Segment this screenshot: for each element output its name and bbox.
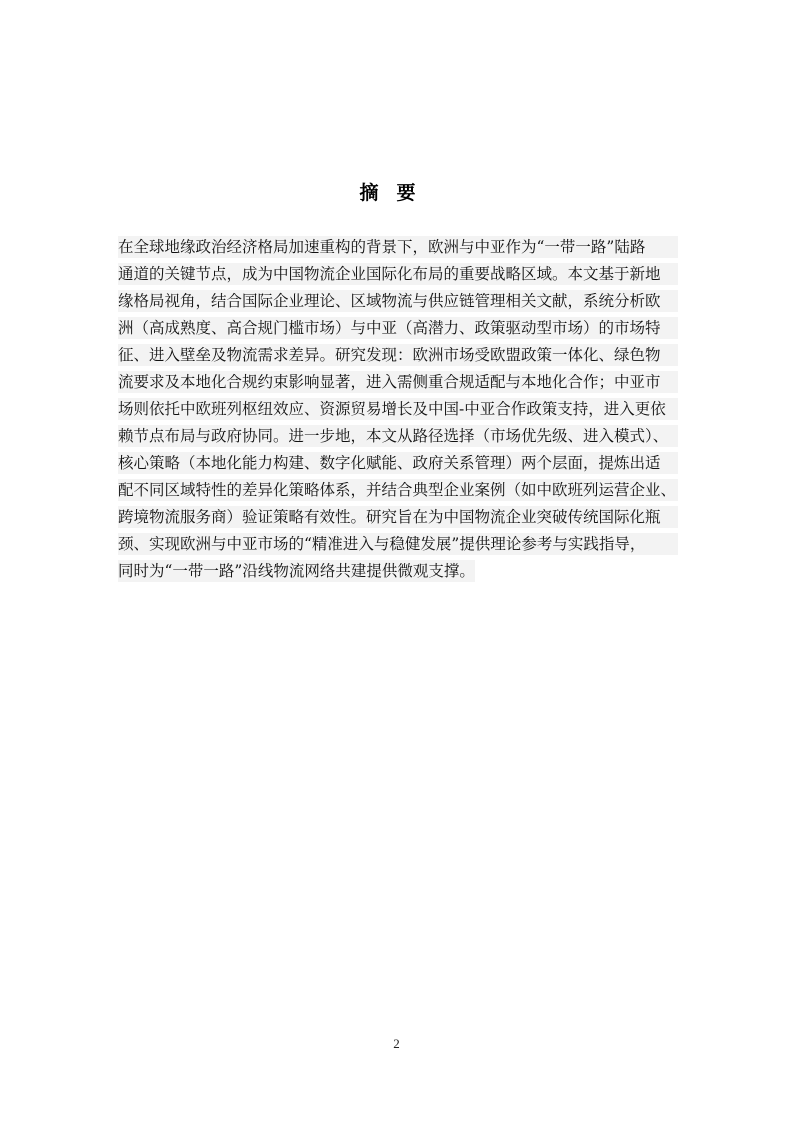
abstract-line-text: 核心策略（本地化能力构建、数字化赋能、政府关系管理）两个层面，提炼出适 [118,452,678,474]
page-number: 2 [0,1036,793,1052]
abstract-line-text: 赖节点布局与政府协同。进一步地，本文从路径选择（市场优先级、进入模式）、 [118,425,678,447]
abstract-line: 征、进入壁垒及物流需求差异。研究发现：欧洲市场受欧盟政策一体化、绿色物 [118,344,678,366]
abstract-line-text: 跨境物流服务商）验证策略有效性。研究旨在为中国物流企业突破传统国际化瓶 [118,506,678,528]
abstract-line: 洲（高成熟度、高合规门槛市场）与中亚（高潜力、政策驱动型市场）的市场特 [118,317,678,339]
abstract-line: 核心策略（本地化能力构建、数字化赋能、政府关系管理）两个层面，提炼出适 [118,452,678,474]
abstract-line-text: 通道的关键节点，成为中国物流企业国际化布局的重要战略区域。本文基于新地 [118,263,678,285]
abstract-body: 在全球地缘政治经济格局加速重构的背景下，欧洲与中亚作为“一带一路”陆路 通道的关… [118,236,678,587]
abstract-line-text: 流要求及本地化合规约束影响显著，进入需侧重合规适配与本地化合作；中亚市 [118,371,678,393]
abstract-line: 缘格局视角，结合国际企业理论、区域物流与供应链管理相关文献，系统分析欧 [118,290,678,312]
abstract-line: 场则依托中欧班列枢纽效应、资源贸易增长及中国-中亚合作政策支持，进入更依 [118,398,678,420]
abstract-line: 在全球地缘政治经济格局加速重构的背景下，欧洲与中亚作为“一带一路”陆路 [118,236,678,258]
abstract-title: 摘要 [0,178,793,205]
abstract-line: 颈、实现欧洲与中亚市场的“精准进入与稳健发展”提供理论参考与实践指导， [118,533,678,555]
abstract-line: 赖节点布局与政府协同。进一步地，本文从路径选择（市场优先级、进入模式）、 [118,425,678,447]
abstract-line-text: 洲（高成熟度、高合规门槛市场）与中亚（高潜力、政策驱动型市场）的市场特 [118,317,678,339]
abstract-line-text: 在全球地缘政治经济格局加速重构的背景下，欧洲与中亚作为“一带一路”陆路 [118,236,678,258]
abstract-line-text: 场则依托中欧班列枢纽效应、资源贸易增长及中国-中亚合作政策支持，进入更依 [118,398,678,420]
abstract-line: 配不同区域特性的差异化策略体系，并结合典型企业案例（如中欧班列运营企业、 [118,479,678,501]
abstract-line: 通道的关键节点，成为中国物流企业国际化布局的重要战略区域。本文基于新地 [118,263,678,285]
abstract-line: 流要求及本地化合规约束影响显著，进入需侧重合规适配与本地化合作；中亚市 [118,371,678,393]
abstract-line-text: 同时为“一带一路”沿线物流网络共建提供微观支撑。 [118,560,475,582]
abstract-line: 同时为“一带一路”沿线物流网络共建提供微观支撑。 [118,560,678,582]
abstract-line-text: 配不同区域特性的差异化策略体系，并结合典型企业案例（如中欧班列运营企业、 [118,479,678,501]
abstract-line-text: 缘格局视角，结合国际企业理论、区域物流与供应链管理相关文献，系统分析欧 [118,290,678,312]
abstract-line: 跨境物流服务商）验证策略有效性。研究旨在为中国物流企业突破传统国际化瓶 [118,506,678,528]
abstract-line-text: 颈、实现欧洲与中亚市场的“精准进入与稳健发展”提供理论参考与实践指导， [118,533,678,555]
abstract-line-text: 征、进入壁垒及物流需求差异。研究发现：欧洲市场受欧盟政策一体化、绿色物 [118,344,678,366]
